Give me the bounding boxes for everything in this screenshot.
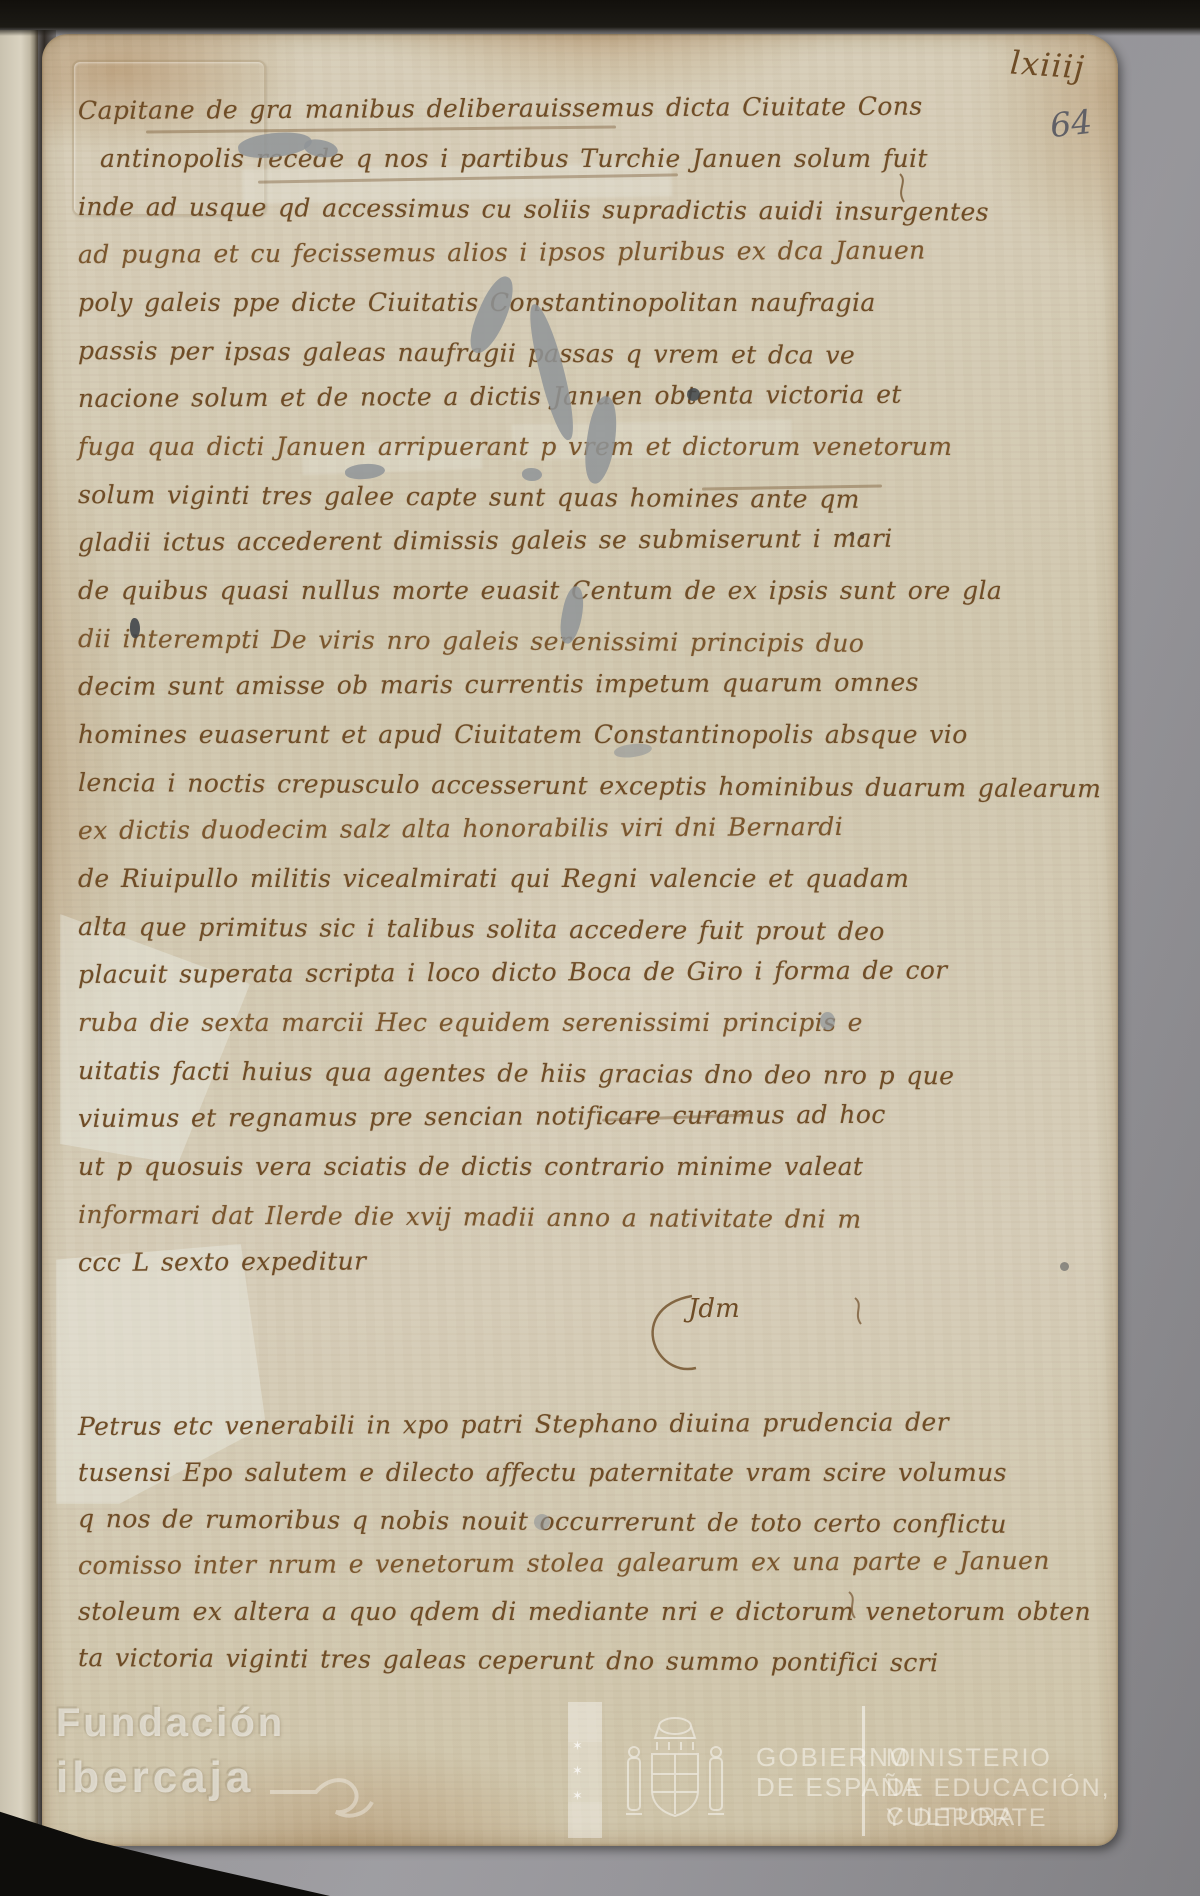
ink-blot (522, 468, 542, 481)
spain-coat-of-arms-icon (612, 1712, 738, 1828)
photo-background-top-shadow (0, 0, 1200, 36)
ink-blot (820, 1012, 835, 1030)
photographed-manuscript-scan: Capitane de gra manibus deliberauissemus… (0, 0, 1200, 1896)
star-icon: ✶ (572, 1788, 583, 1804)
manuscript-line: q nos de rumoribus q nobis nouit occurre… (78, 1504, 978, 1538)
ink-blot (534, 1514, 550, 1530)
manuscript-line: ta victoria viginti tres galeas ceperunt… (78, 1643, 978, 1677)
manuscript-line: stoleum ex altera a quo qdem di mediante… (78, 1597, 978, 1626)
ink-blot (1060, 1262, 1069, 1271)
ink-blot (130, 618, 140, 638)
manuscript-line: tusensi Epo salutem e dilecto affectu pa… (78, 1458, 978, 1487)
ministerio-watermark: Y DEPORTE (886, 1804, 1048, 1833)
margin-ink-mark (894, 172, 914, 206)
star-icon: ✶ (572, 1738, 583, 1754)
folio-number-ink: lxiiij (1009, 43, 1086, 86)
ink-blot (687, 388, 700, 401)
margin-ink-mark (844, 1590, 864, 1622)
manuscript-text-block-2: Petrus etc venerabili in xpo patri Steph… (42, 34, 1118, 1846)
fundacion-ibercaja-watermark: ibercaja (55, 1752, 253, 1802)
folio-number-pencil: 64 (1048, 102, 1094, 145)
star-icon: ✶ (572, 1763, 583, 1779)
margin-ink-mark (848, 528, 870, 544)
fundacion-ibercaja-watermark: Fundación (55, 1700, 284, 1745)
margin-ink-mark (850, 1296, 870, 1328)
manuscript-line: Petrus etc venerabili in xpo patri Steph… (78, 1407, 978, 1441)
manuscript-line: comisso inter nrum e venetorum stolea ga… (78, 1546, 978, 1580)
ministerio-watermark: MINISTERIO (886, 1744, 1052, 1773)
ibercaja-logo-swash-icon (268, 1762, 378, 1822)
manuscript-page: Capitane de gra manibus deliberauissemus… (42, 34, 1118, 1846)
watermark-divider (862, 1706, 865, 1836)
